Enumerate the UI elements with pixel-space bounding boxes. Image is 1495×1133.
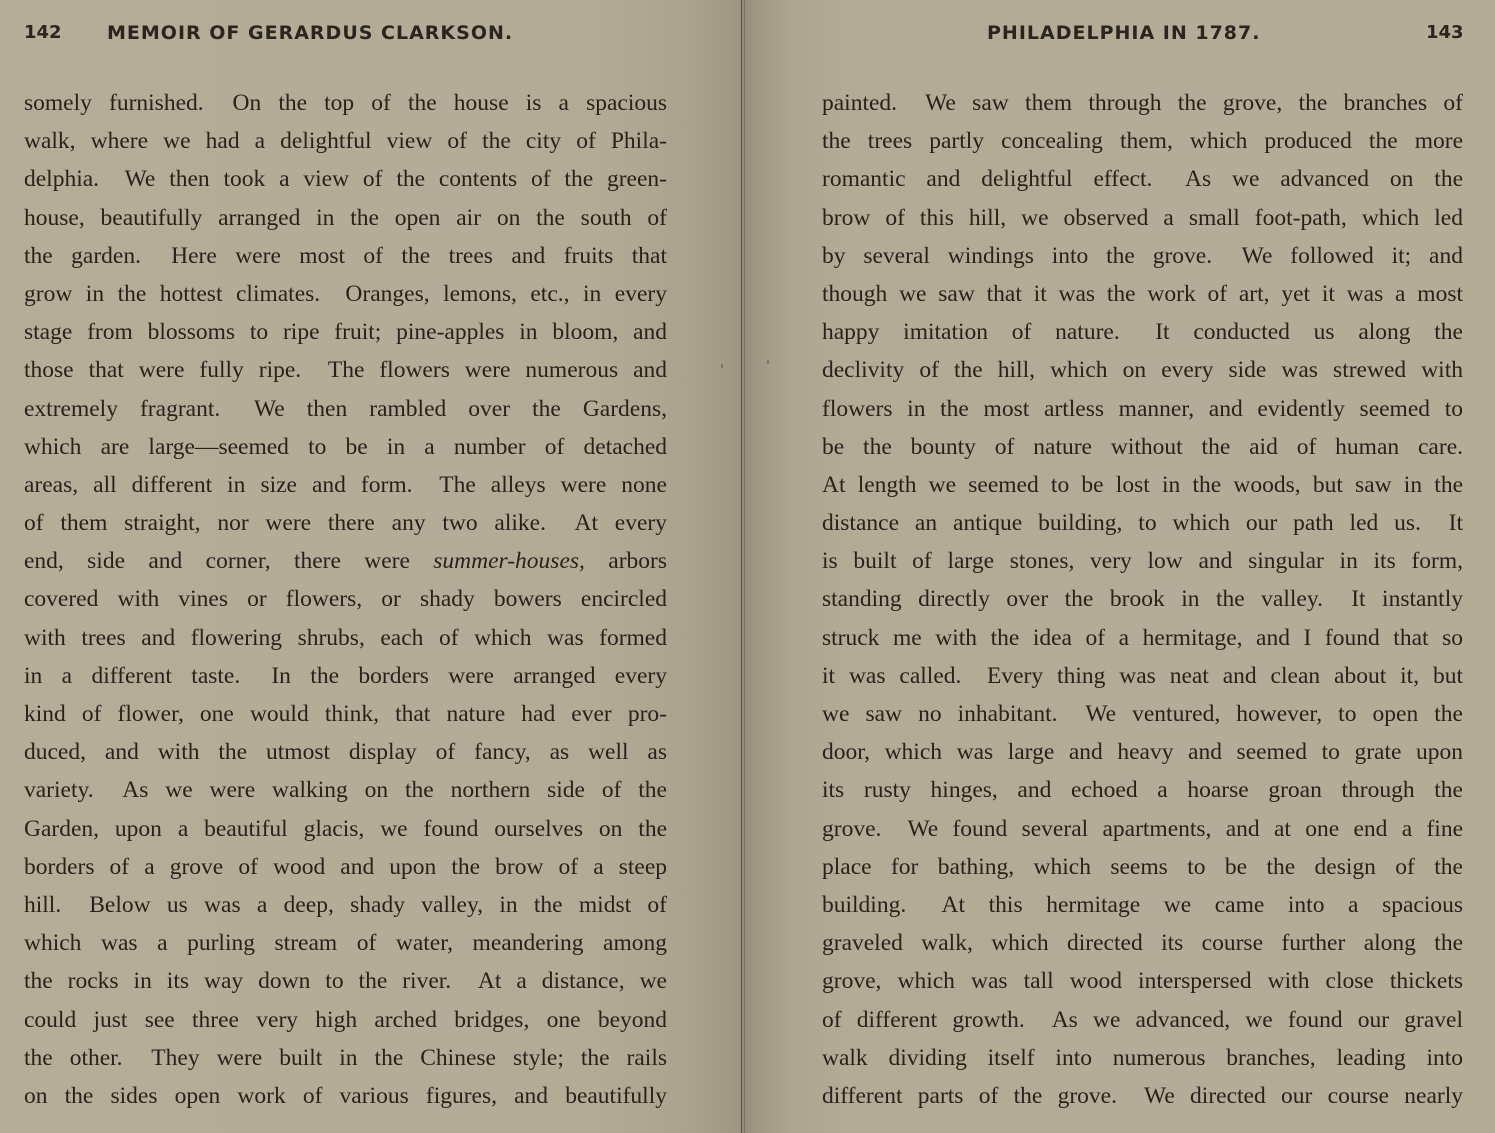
text-line: grow in the hottest climates. Oranges, l… bbox=[24, 275, 667, 313]
text-line: At length we seemed to be lost in the wo… bbox=[822, 466, 1463, 504]
text-line: of them straight, nor were there any two… bbox=[24, 504, 667, 542]
text-line: with trees and flowering shrubs, each of… bbox=[24, 619, 667, 657]
text-line: Garden, upon a beautiful glacis, we foun… bbox=[24, 810, 667, 848]
text-line: house, beautifully arranged in the open … bbox=[24, 199, 667, 237]
text-line: could just see three very high arched br… bbox=[24, 1001, 667, 1039]
text-line: painted. We saw them through the grove, … bbox=[822, 84, 1463, 122]
text-line: standing directly over the brook in the … bbox=[822, 580, 1463, 618]
text-line: by several windings into the grove. We f… bbox=[822, 237, 1463, 275]
text-line: different parts of the grove. We directe… bbox=[822, 1077, 1463, 1115]
text-line: those that were fully ripe. The flowers … bbox=[24, 351, 667, 389]
text-line: extremely fragrant. We then rambled over… bbox=[24, 390, 667, 428]
text-line: duced, and with the utmost display of fa… bbox=[24, 733, 667, 771]
text-line: somely furnished. On the top of the hous… bbox=[24, 84, 667, 122]
text-line: it was called. Every thing was neat and … bbox=[822, 657, 1463, 695]
text-line: end, side and corner, there were summer-… bbox=[24, 542, 667, 580]
text-line: borders of a grove of wood and upon the … bbox=[24, 848, 667, 886]
text-line: walk, where we had a delightful view of … bbox=[24, 122, 667, 160]
gutter-line bbox=[741, 0, 742, 1133]
text-line: flowers in the most artless manner, and … bbox=[822, 390, 1463, 428]
page-number-right: 143 bbox=[1426, 22, 1464, 43]
left-page-body: somely furnished. On the top of the hous… bbox=[24, 84, 667, 1115]
text-line: the trees partly concealing them, which … bbox=[822, 122, 1463, 160]
text-line: variety. As we were walking on the north… bbox=[24, 771, 667, 809]
text-line: stage from blossoms to ripe fruit; pine-… bbox=[24, 313, 667, 351]
text-line: covered with vines or flowers, or shady … bbox=[24, 580, 667, 618]
text-line: of different growth. As we advanced, we … bbox=[822, 1001, 1463, 1039]
gutter-line-shadow bbox=[744, 0, 745, 1133]
text-line: on the sides open work of various figure… bbox=[24, 1077, 667, 1115]
text-line: grove, which was tall wood interspersed … bbox=[822, 962, 1463, 1000]
left-page: 142 MEMOIR OF GERARDUS CLARKSON. somely … bbox=[0, 0, 742, 1133]
text-line: door, which was large and heavy and seem… bbox=[822, 733, 1463, 771]
scan-speck bbox=[721, 364, 723, 368]
text-line: in a different taste. In the borders wer… bbox=[24, 657, 667, 695]
text-line: which was a purling stream of water, mea… bbox=[24, 924, 667, 962]
text-line: be the bounty of nature without the aid … bbox=[822, 428, 1463, 466]
text-line: delphia. We then took a view of the cont… bbox=[24, 160, 667, 198]
text-line: graveled walk, which directed its course… bbox=[822, 924, 1463, 962]
text-line: we saw no inhabitant. We ventured, howev… bbox=[822, 695, 1463, 733]
text-line: place for bathing, which seems to be the… bbox=[822, 848, 1463, 886]
book-spread: 142 MEMOIR OF GERARDUS CLARKSON. somely … bbox=[0, 0, 1495, 1133]
scan-speck bbox=[767, 360, 769, 364]
text-line: distance an antique building, to which o… bbox=[822, 504, 1463, 542]
text-line: grove. We found several apartments, and … bbox=[822, 810, 1463, 848]
page-number-left: 142 bbox=[24, 22, 62, 43]
text-line: struck me with the idea of a hermitage, … bbox=[822, 619, 1463, 657]
right-page: PHILADELPHIA IN 1787. 143 painted. We sa… bbox=[742, 0, 1495, 1133]
text-line: the rocks in its way down to the river. … bbox=[24, 962, 667, 1000]
text-line: which are large—seemed to be in a number… bbox=[24, 428, 667, 466]
text-line: is built of large stones, very low and s… bbox=[822, 542, 1463, 580]
text-line: the other. They were built in the Chines… bbox=[24, 1039, 667, 1077]
right-page-body: painted. We saw them through the grove, … bbox=[822, 84, 1463, 1115]
text-line: building. At this hermitage we came into… bbox=[822, 886, 1463, 924]
text-line: declivity of the hill, which on every si… bbox=[822, 351, 1463, 389]
text-line: the garden. Here were most of the trees … bbox=[24, 237, 667, 275]
text-line: happy imitation of nature. It conducted … bbox=[822, 313, 1463, 351]
text-line: walk dividing itself into numerous branc… bbox=[822, 1039, 1463, 1077]
text-line: brow of this hill, we observed a small f… bbox=[822, 199, 1463, 237]
running-head-left: MEMOIR OF GERARDUS CLARKSON. bbox=[107, 22, 513, 44]
italic-phrase: summer-houses, bbox=[433, 548, 585, 574]
text-line: kind of flower, one would think, that na… bbox=[24, 695, 667, 733]
text-line: though we saw that it was the work of ar… bbox=[822, 275, 1463, 313]
text-line: areas, all different in size and form. T… bbox=[24, 466, 667, 504]
text-line: its rusty hinges, and echoed a hoarse gr… bbox=[822, 771, 1463, 809]
running-head-right: PHILADELPHIA IN 1787. bbox=[987, 22, 1260, 44]
text-line: romantic and delightful effect. As we ad… bbox=[822, 160, 1463, 198]
text-line: hill. Below us was a deep, shady valley,… bbox=[24, 886, 667, 924]
